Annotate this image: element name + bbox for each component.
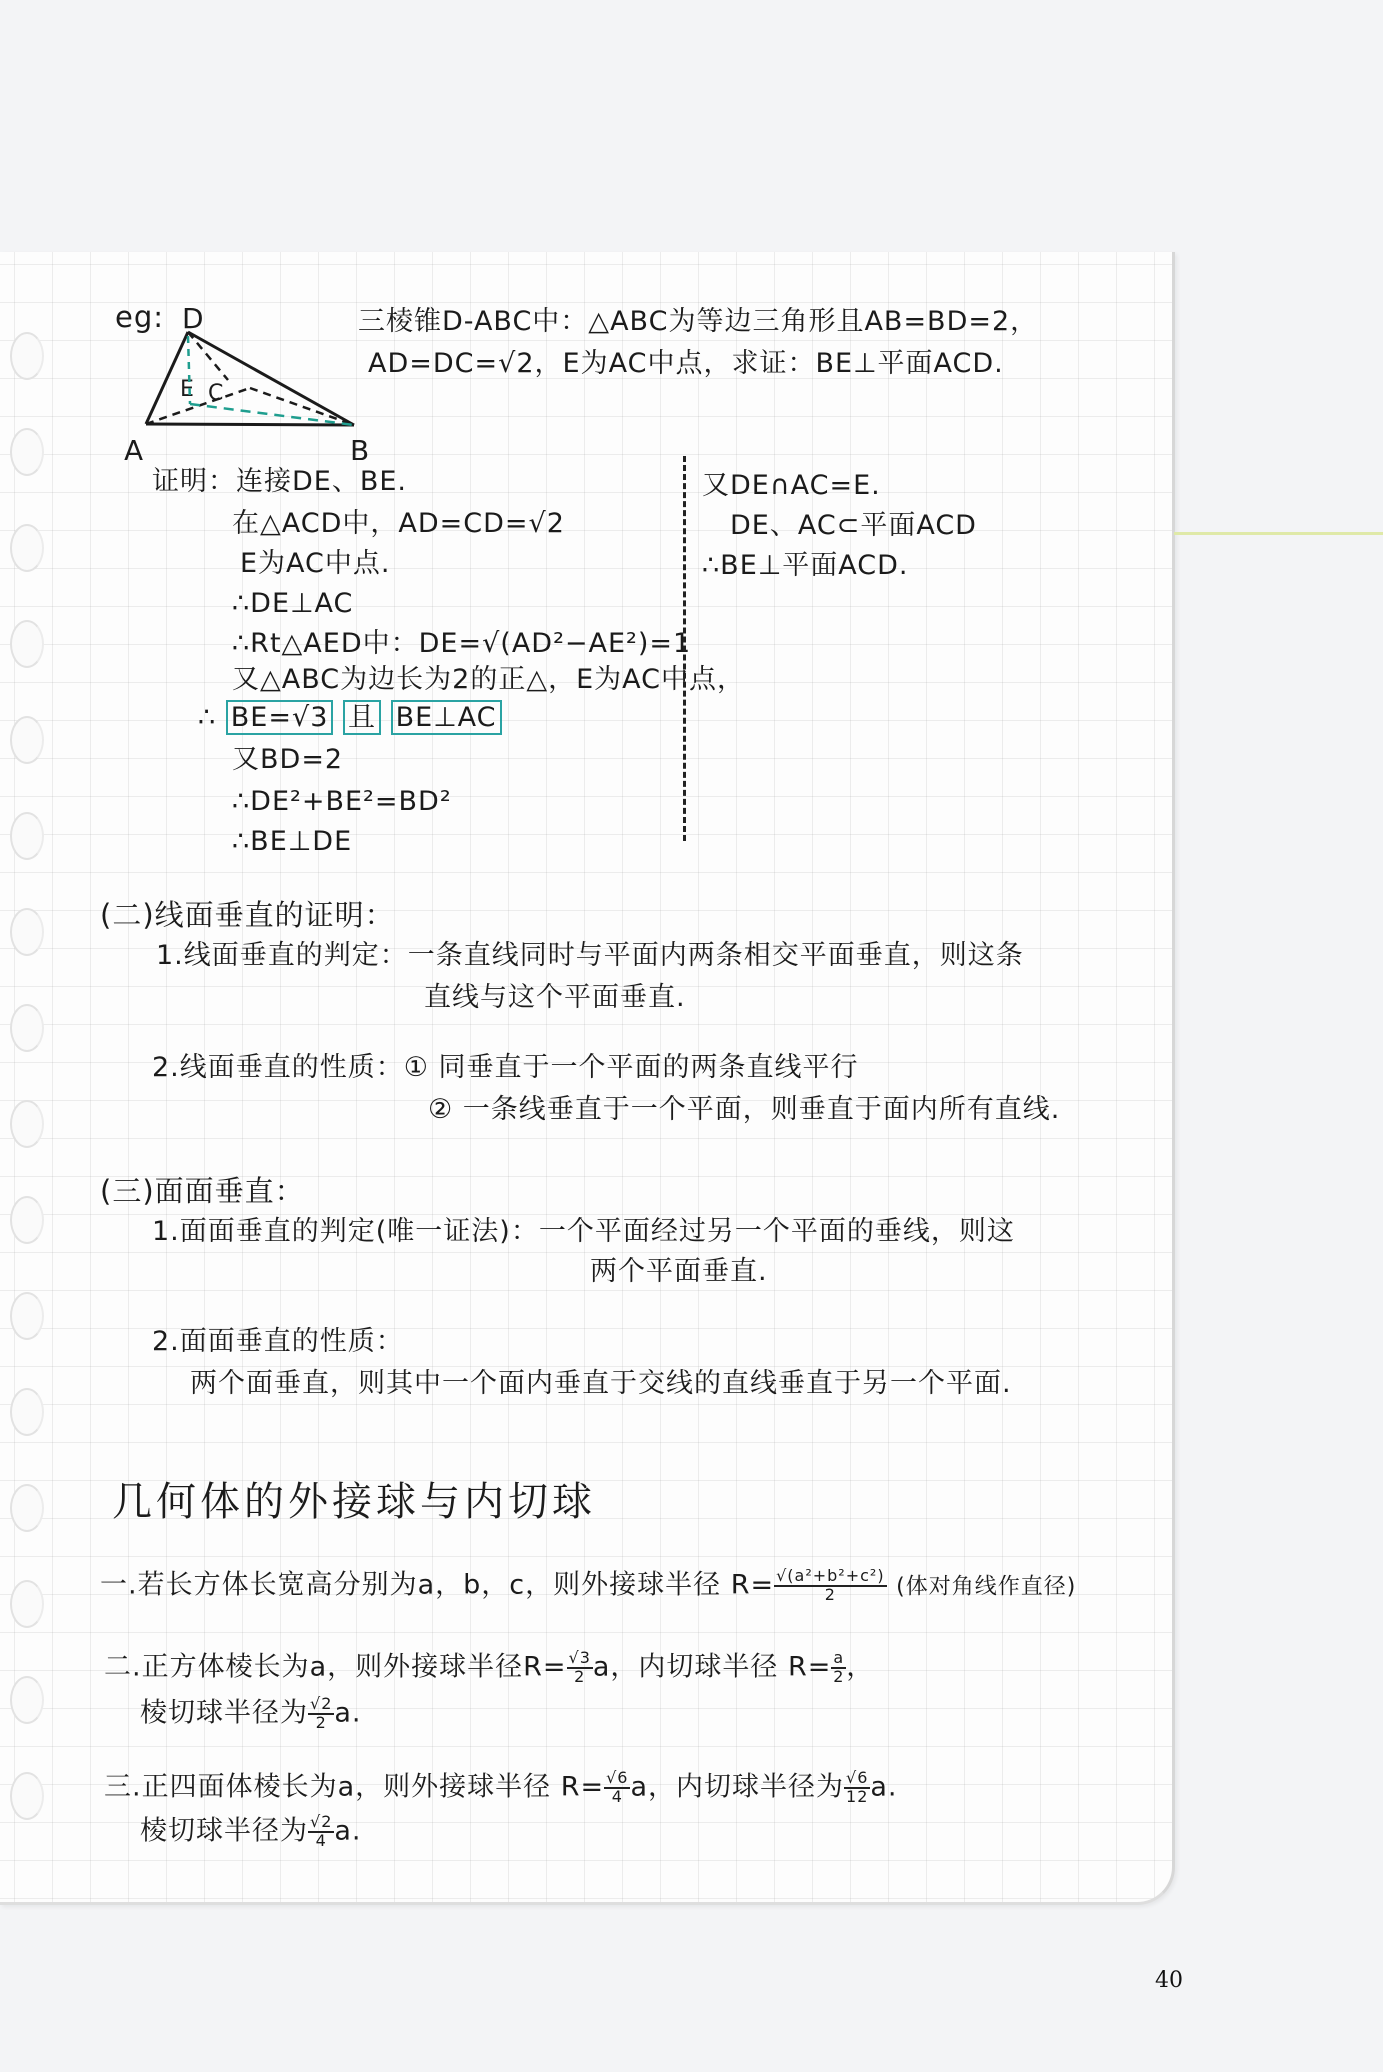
binder-hole-icon — [10, 716, 44, 764]
binder-hole-icon — [10, 812, 44, 860]
page-number: 40 — [1155, 1968, 1183, 1993]
proof-line: ∴DE⊥AC — [232, 588, 353, 620]
problem-line-2: AD=DC=√2，E为AC中点，求证：BE⊥平面ACD. — [368, 348, 1004, 380]
definition-label: 1.面面垂直的判定(唯一证法)： — [152, 1216, 539, 1247]
binder-hole-icon — [10, 908, 44, 956]
binder-hole-icon — [10, 1004, 44, 1052]
binder-hole-icon — [10, 524, 44, 572]
proof-line: 在△ACD中，AD=CD=√2 — [232, 508, 565, 540]
proof-line-boxed: ∴ BE=√3 且 BE⊥AC — [198, 702, 502, 734]
proof-line: ∴Rt△AED中：DE=√(AD²−AE²)=1 — [232, 628, 691, 660]
binder-hole-icon — [10, 1100, 44, 1148]
proof-line: E为AC中点. — [240, 548, 391, 580]
proof-line: 又BD=2 — [232, 744, 343, 776]
binder-hole-icon — [10, 1484, 44, 1532]
binder-hole-icon — [10, 1772, 44, 1820]
binder-holes — [10, 332, 50, 1868]
formula-line: 二.正方体棱长为a，则外接球半径R=√32a，内切球半径 R=a2， — [104, 1650, 874, 1686]
therefore-symbol: ∴ — [198, 702, 216, 733]
highlighted-term: BE⊥AC — [391, 700, 502, 735]
property-point: ① 同垂直于一个平面的两条直线平行 — [404, 1052, 859, 1083]
vertex-e-label: E — [180, 377, 194, 402]
formula-line: 三.正四面体棱长为a，则外接球半径 R=√64a，内切球半径为√612a. — [104, 1770, 898, 1806]
vertex-d-label: D — [182, 302, 204, 335]
problem-line-1: 三棱锥D-ABC中：△ABC为等边三角形且AB=BD=2， — [358, 306, 1038, 338]
property-point: ② 一条线垂直于一个平面，则垂直于面内所有直线. — [428, 1094, 1060, 1126]
fraction: √32 — [567, 1650, 593, 1686]
definition-text: 直线与这个平面垂直. — [424, 982, 686, 1014]
proof-line: ∴BE⊥平面ACD. — [702, 550, 909, 582]
section-heading: (二)线面垂直的证明： — [100, 898, 395, 933]
highlighted-term: BE=√3 — [226, 700, 334, 735]
tetrahedron-diagram: D A B C E — [110, 300, 380, 460]
proof-line: ∴BE⊥DE — [232, 826, 352, 858]
binder-hole-icon — [10, 332, 44, 380]
definition-text: 一条直线同时与平面内两条相交平面垂直，则这条 — [408, 940, 1024, 971]
formula-line: 一.若长方体长宽高分别为a，b，c，则外接球半径 R=√(a²+b²+c²)2 … — [100, 1568, 1076, 1604]
column-divider — [683, 456, 686, 841]
fraction: √22 — [308, 1696, 334, 1732]
binder-hole-icon — [10, 1676, 44, 1724]
fraction: √24 — [308, 1814, 334, 1850]
vertex-a-label: A — [124, 434, 143, 460]
formula-line: 棱切球半径为√22a. — [140, 1696, 362, 1732]
fraction: √(a²+b²+c²)2 — [774, 1568, 887, 1604]
section-heading: (三)面面垂直： — [100, 1174, 305, 1209]
proof-line: DE、AC⊂平面ACD — [730, 510, 977, 542]
fraction: a2 — [831, 1650, 846, 1686]
property-line: 2.线面垂直的性质：① 同垂直于一个平面的两条直线平行 — [152, 1052, 859, 1084]
proof-line: ∴DE²+BE²=BD² — [232, 786, 452, 818]
definition-line: 1.线面垂直的判定：一条直线同时与平面内两条相交平面垂直，则这条 — [156, 940, 1024, 972]
section-title: 几何体的外接球与内切球 — [112, 1478, 596, 1526]
formula-note: (体对角线作直径) — [896, 1574, 1076, 1599]
highlight-line — [1174, 532, 1383, 535]
binder-hole-icon — [10, 620, 44, 668]
proof-line: 证明：连接DE、BE. — [152, 466, 407, 498]
binder-hole-icon — [10, 1196, 44, 1244]
binder-hole-icon — [10, 1580, 44, 1628]
highlighted-term: 且 — [343, 700, 381, 735]
definition-text: 两个平面垂直. — [590, 1256, 768, 1288]
binder-hole-icon — [10, 1388, 44, 1436]
definition-label: 1.线面垂直的判定： — [156, 940, 408, 971]
fraction: √612 — [844, 1770, 870, 1806]
vertex-c-label: C — [208, 381, 223, 406]
property-label: 2.线面垂直的性质： — [152, 1052, 404, 1083]
vertex-b-label: B — [350, 434, 369, 460]
definition-text: 一个平面经过另一个平面的垂线，则这 — [539, 1216, 1015, 1247]
formula-line: 棱切球半径为√24a. — [140, 1814, 362, 1850]
fraction: √64 — [604, 1770, 630, 1806]
binder-hole-icon — [10, 1292, 44, 1340]
definition-line: 1.面面垂直的判定(唯一证法)：一个平面经过另一个平面的垂线，则这 — [152, 1216, 1015, 1248]
proof-line: 又DE∩AC=E. — [702, 470, 881, 502]
binder-hole-icon — [10, 428, 44, 476]
proof-line: 又△ABC为边长为2的正△，E为AC中点， — [232, 664, 745, 696]
property-label: 2.面面垂直的性质： — [152, 1326, 404, 1358]
property-text: 两个面垂直，则其中一个面内垂直于交线的直线垂直于另一个平面. — [190, 1368, 1012, 1400]
